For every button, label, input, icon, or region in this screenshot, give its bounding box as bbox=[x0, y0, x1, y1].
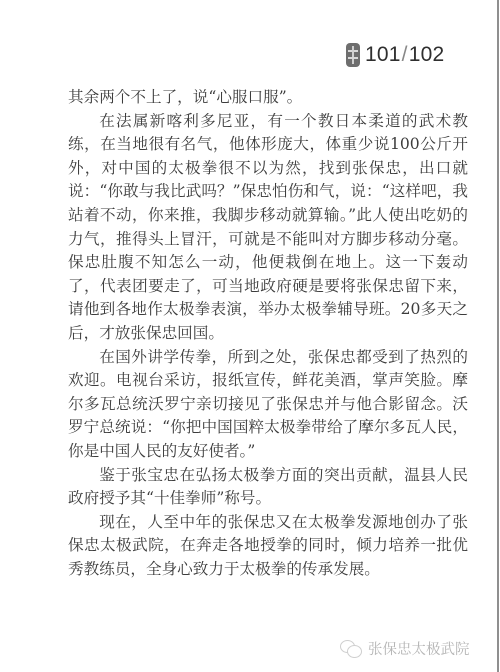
current-page: 101 bbox=[365, 43, 401, 66]
book-series-logo-icon bbox=[346, 43, 360, 67]
page-separator: / bbox=[402, 43, 408, 66]
page-number: 101/102 bbox=[365, 43, 444, 67]
paragraph-4: 鉴于张宝忠在弘扬太极拳方面的突出贡献，温县人民政府授予其“十佳拳师”称号。 bbox=[68, 464, 468, 511]
paragraph-3: 在国外讲学传拳，所到之处，张保忠都受到了热烈的欢迎。电视台采访，报纸宣传，鲜花美… bbox=[68, 346, 468, 464]
paragraph-2: 在法属新喀利多尼亚，有一个教日本柔道的武术教练，在当地很有名气，他体形庞大，体重… bbox=[68, 110, 468, 346]
total-pages: 102 bbox=[409, 43, 445, 66]
paragraph-1: 其余两个不上了，说“心服口服”。 bbox=[68, 86, 468, 110]
body-text: 其余两个不上了，说“心服口服”。 在法属新喀利多尼亚，有一个教日本柔道的武术教练… bbox=[68, 86, 468, 581]
wechat-icon bbox=[340, 640, 362, 658]
page-edge-border bbox=[497, 0, 499, 672]
watermark-text: 张保忠太极武院 bbox=[368, 638, 470, 659]
footer-watermark: 张保忠太极武院 bbox=[340, 638, 470, 659]
book-page: 101/102 其余两个不上了，说“心服口服”。 在法属新喀利多尼亚，有一个教日… bbox=[0, 0, 500, 672]
page-header: 101/102 bbox=[346, 42, 444, 68]
paragraph-5: 现在，人至中年的张保忠又在太极拳发源地创办了张保忠太极武院，在奔走各地授拳的同时… bbox=[68, 511, 468, 582]
